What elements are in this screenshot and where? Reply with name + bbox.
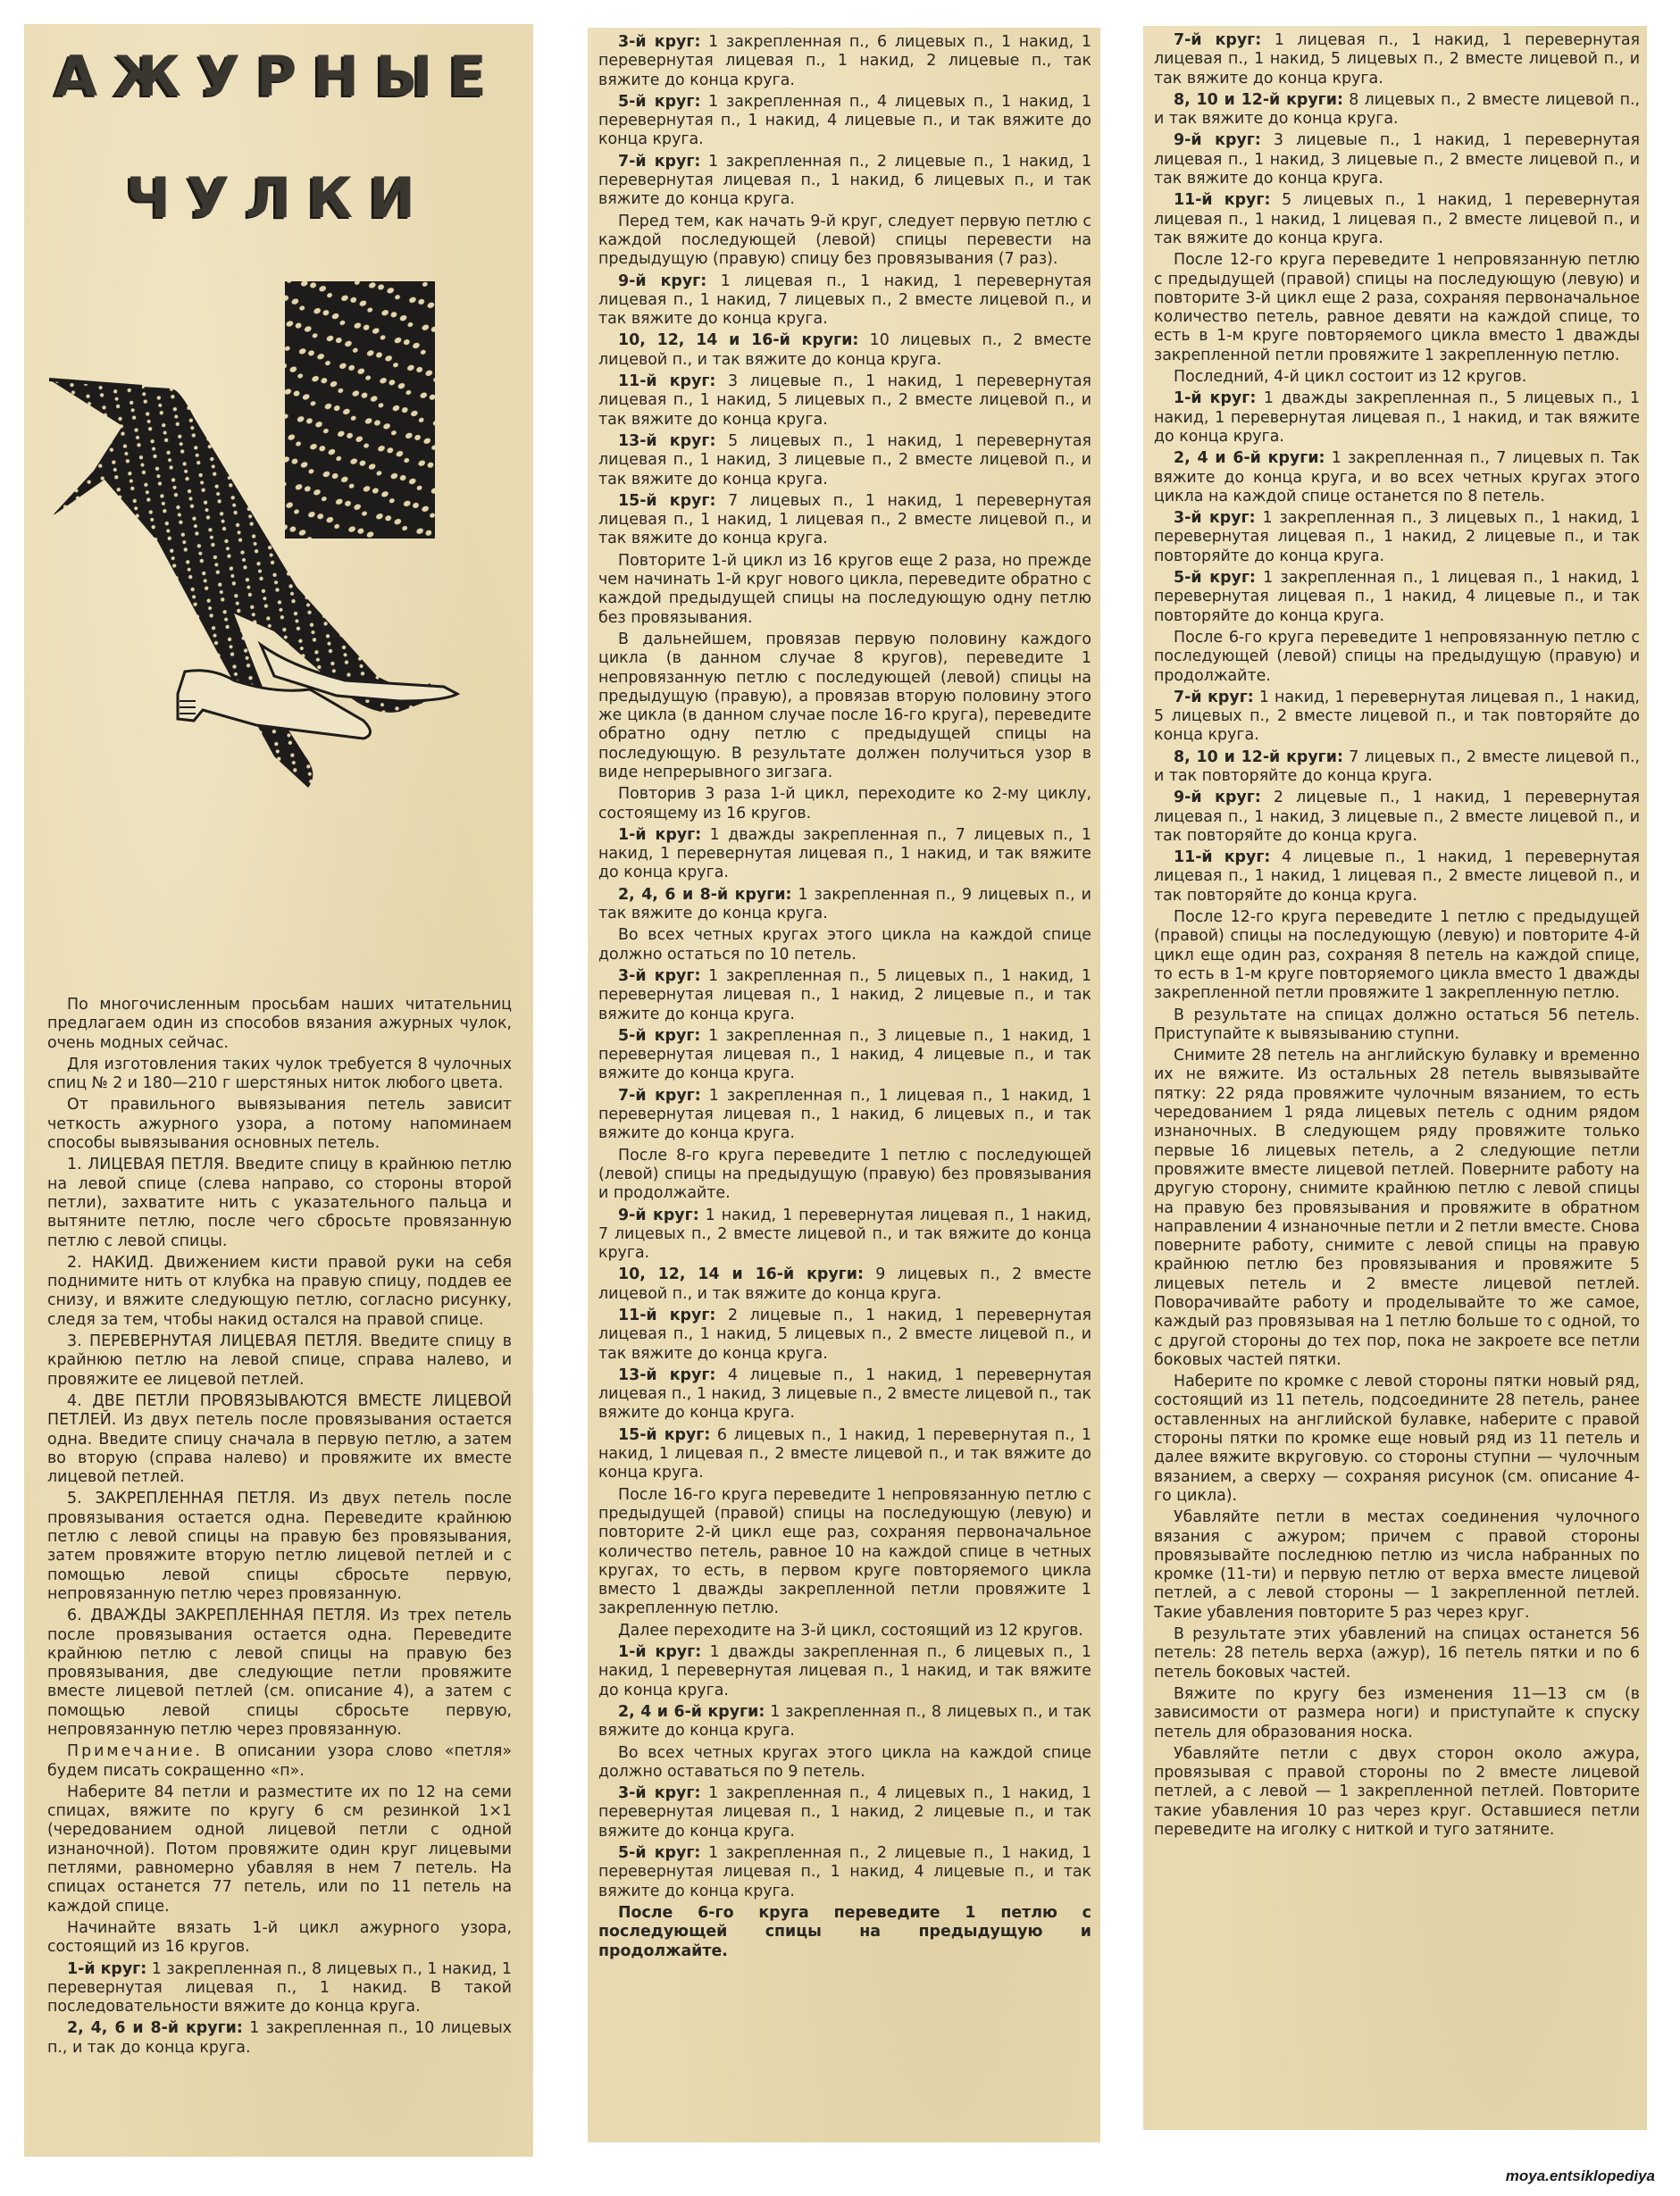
paragraph: В результате на спицах должно остаться 5…	[1154, 1006, 1640, 1045]
paragraph: 5. ЗАКРЕПЛЕННАЯ ПЕТЛЯ. Из двух петель по…	[47, 1490, 512, 1604]
paragraph: 4. ДВЕ ПЕТЛИ ПРОВЯЗЫВАЮТСЯ ВМЕСТЕ ЛИЦЕВО…	[47, 1392, 512, 1487]
paragraph-label: 5-й круг:	[618, 1027, 700, 1045]
paragraph-label: 9-й круг:	[618, 1207, 699, 1224]
paragraph-text: После 6-го круга переведите 1 петлю с по…	[598, 1904, 1091, 1960]
paragraph-text: 3. ПЕРЕВЕРНУТАЯ ЛИЦЕВАЯ ПЕТЛЯ. Введите с…	[47, 1332, 512, 1389]
paragraph-label: 5-й круг:	[1174, 569, 1256, 587]
article-column-3: 7-й круг: 1 лицевая п., 1 накид, 1 перев…	[1143, 26, 1647, 2130]
lace-swatch	[285, 281, 435, 539]
paragraph: Убавляйте петли с двух сторон около ажур…	[1154, 1745, 1640, 1840]
paragraph: 5-й круг: 1 закрепленная п., 3 лицевые п…	[598, 1027, 1091, 1084]
paragraph: 2. НАКИД. Движением кисти правой руки на…	[47, 1254, 512, 1330]
paragraph: 13-й круг: 5 лицевых п., 1 накид, 1 пере…	[598, 432, 1091, 489]
paragraph-text: В результате этих убавлений на спицах ос…	[1154, 1625, 1640, 1682]
paragraph: 10, 12, 14 и 16-й круги: 9 лицевых п., 2…	[598, 1265, 1091, 1304]
paragraph-text: Убавляйте петли с двух сторон около ажур…	[1154, 1745, 1640, 1839]
paragraph-label: 1-й круг:	[618, 826, 701, 844]
paragraph: По многочисленным просьбам наших читател…	[47, 996, 512, 1053]
paragraph-text: От правильного вывязывания петель зависи…	[47, 1096, 512, 1152]
paragraph: 7-й круг: 1 закрепленная п., 2 лицевые п…	[598, 153, 1091, 210]
paragraph: 11-й круг: 2 лицевые п., 1 накид, 1 пере…	[598, 1307, 1091, 1364]
paragraph: Повторите 1-й цикл из 16 кругов еще 2 ра…	[598, 552, 1091, 628]
paragraph: 3. ПЕРЕВЕРНУТАЯ ЛИЦЕВАЯ ПЕТЛЯ. Введите с…	[47, 1332, 512, 1390]
paragraph: После 16-го круга переведите 1 непровяза…	[598, 1486, 1091, 1619]
paragraph: 9-й круг: 1 накид, 1 перевернутая лицева…	[598, 1207, 1091, 1264]
paragraph: 7-й круг: 1 закрепленная п., 1 лицевая п…	[598, 1087, 1091, 1144]
paragraph-label: 13-й круг:	[618, 1366, 715, 1384]
paragraph: В дальнейшем, провязав первую половину к…	[598, 630, 1091, 782]
paragraph-label: 8, 10 и 12-й круги:	[1174, 748, 1343, 766]
paragraph-label: 13-й круг:	[618, 432, 715, 450]
paragraph: Далее переходите на 3-й цикл, состоящий …	[598, 1622, 1091, 1641]
column-1-text: По многочисленным просьбам наших читател…	[47, 996, 512, 2060]
paragraph: От правильного вывязывания петель зависи…	[47, 1096, 512, 1153]
paragraph: 2, 4, 6 и 8-й круги: 1 закрепленная п., …	[47, 2019, 512, 2058]
paragraph-label: 5-й круг:	[618, 1844, 700, 1862]
paragraph: 11-й круг: 3 лицевые п., 1 накид, 1 пере…	[598, 372, 1091, 430]
paragraph: 9-й круг: 1 лицевая п., 1 накид, 1 перев…	[598, 272, 1091, 330]
paragraph: Во всех четных кругах этого цикла на каж…	[598, 926, 1091, 964]
paragraph-label: 11-й круг:	[618, 372, 715, 390]
paragraph-text: Далее переходите на 3-й цикл, состоящий …	[618, 1622, 1083, 1640]
paragraph-label: 2, 4, 6 и 8-й круги:	[67, 2019, 243, 2037]
paragraph: 2, 4 и 6-й круги: 1 закрепленная п., 8 л…	[598, 1703, 1091, 1741]
paragraph: 2, 4 и 6-й круги: 1 закрепленная п., 7 л…	[1154, 449, 1640, 506]
paragraph-label: 1-й круг:	[1174, 389, 1256, 407]
paragraph: После 12-го круга переведите 1 петлю с п…	[1154, 908, 1640, 1003]
paragraph-label: 3-й круг:	[618, 967, 700, 985]
paragraph-label: 2, 4 и 6-й круги:	[1174, 449, 1325, 467]
paragraph-text: В результате на спицах должно остаться 5…	[1154, 1006, 1640, 1043]
paragraph-text: После 12-го круга переведите 1 петлю с п…	[1154, 908, 1640, 1002]
paragraph: 9-й круг: 3 лицевые п., 1 накид, 1 перев…	[1154, 131, 1640, 188]
paragraph-text: 5. ЗАКРЕПЛЕННАЯ ПЕТЛЯ. Из двух петель по…	[47, 1490, 512, 1602]
paragraph: 1-й круг: 1 дважды закрепленная п., 6 ли…	[598, 1643, 1091, 1700]
paragraph-text: После 8-го круга переведите 1 петлю с по…	[598, 1147, 1091, 1203]
paragraph: 6. ДВАЖДЫ ЗАКРЕПЛЕННАЯ ПЕТЛЯ. Из трех пе…	[47, 1607, 512, 1740]
paragraph: 8, 10 и 12-й круги: 8 лицевых п., 2 вмес…	[1154, 91, 1640, 129]
column-2-text: 3-й круг: 1 закрепленная п., 6 лицевых п…	[598, 33, 1091, 1964]
paragraph-label: 3-й круг:	[618, 33, 700, 51]
paragraph-label: 7-й круг:	[1174, 689, 1254, 706]
paragraph-label: 11-й круг:	[1174, 191, 1270, 209]
paragraph-label: 3-й круг:	[618, 1784, 700, 1802]
paragraph-label: 7-й круг:	[618, 153, 700, 171]
paragraph-text: После 12-го круга переведите 1 непровяза…	[1154, 251, 1640, 363]
paragraph: 8, 10 и 12-й круги: 7 лицевых п., 2 вмес…	[1154, 748, 1640, 787]
paragraph: 3-й круг: 1 закрепленная п., 5 лицевых п…	[598, 967, 1091, 1024]
paragraph-label: 11-й круг:	[1174, 848, 1270, 866]
paragraph: Наберите 84 петли и разместите их по 12 …	[47, 1783, 512, 1916]
paragraph-label: Примечание.	[67, 1742, 203, 1760]
paragraph: После 6-го круга переведите 1 петлю с по…	[598, 1904, 1091, 1961]
paragraph-text: Убавляйте петли в местах соединения чуло…	[1154, 1508, 1640, 1621]
paragraph: После 12-го круга переведите 1 непровяза…	[1154, 251, 1640, 365]
paragraph-label: 2, 4, 6 и 8-й круги:	[618, 886, 792, 904]
paragraph-text: Начинайте вязать 1-й цикл ажурного узора…	[47, 1919, 512, 1956]
paragraph-label: 9-й круг:	[1174, 789, 1261, 806]
paragraph: Примечание. В описании узора слово «петл…	[47, 1742, 512, 1781]
paragraph: Повторив 3 раза 1-й цикл, переходите ко …	[598, 785, 1091, 823]
paragraph: Снимите 28 петель на английскую булавку …	[1154, 1047, 1640, 1370]
paragraph-label: 7-й круг:	[1174, 31, 1261, 49]
paragraph-label: 1-й круг:	[618, 1643, 701, 1661]
paragraph: Перед тем, как начать 9-й круг, следует …	[598, 213, 1091, 270]
article-column-2: 3-й круг: 1 закрепленная п., 6 лицевых п…	[588, 28, 1100, 2142]
paragraph: Во всех четных кругах этого цикла на каж…	[598, 1744, 1091, 1783]
paragraph-label: 7-й круг:	[618, 1087, 701, 1105]
paragraph-label: 2, 4 и 6-й круги:	[618, 1703, 765, 1721]
paragraph-text: Наберите 84 петли и разместите их по 12 …	[47, 1783, 512, 1916]
paragraph: 7-й круг: 1 лицевая п., 1 накид, 1 перев…	[1154, 31, 1640, 88]
paragraph: 1. ЛИЦЕВАЯ ПЕТЛЯ. Введите спицу в крайню…	[47, 1156, 512, 1250]
paragraph-label: 15-й круг:	[618, 492, 715, 510]
paragraph: 9-й круг: 2 лицевые п., 1 накид, 1 перев…	[1154, 789, 1640, 846]
paragraph: 15-й круг: 6 лицевых п., 1 накид, 1 пере…	[598, 1426, 1091, 1483]
paragraph-text: Во всех четных кругах этого цикла на каж…	[598, 926, 1091, 963]
paragraph-text: 1. ЛИЦЕВАЯ ПЕТЛЯ. Введите спицу в крайню…	[47, 1156, 512, 1249]
paragraph-text: В дальнейшем, провязав первую половину к…	[598, 630, 1091, 781]
paragraph: После 6-го круга переведите 1 непровязан…	[1154, 629, 1640, 686]
paragraph-label: 3-й круг:	[1174, 509, 1256, 527]
paragraph: Наберите по кромке с левой стороны пятки…	[1154, 1373, 1640, 1506]
headline-line-1: АЖУРНЫЕ	[24, 44, 533, 109]
paragraph: 5-й круг: 1 закрепленная п., 4 лицевых п…	[598, 93, 1091, 150]
paragraph: 1-й круг: 1 дважды закрепленная п., 7 ли…	[598, 826, 1091, 883]
paragraph-label: 9-й круг:	[618, 272, 706, 290]
paragraph-text: Снимите 28 петель на английскую булавку …	[1154, 1047, 1640, 1369]
paragraph: 11-й круг: 5 лицевых п., 1 накид, 1 пере…	[1154, 191, 1640, 248]
column-3-text: 7-й круг: 1 лицевая п., 1 накид, 1 перев…	[1154, 31, 1640, 1842]
paragraph: 3-й круг: 1 закрепленная п., 6 лицевых п…	[598, 33, 1091, 90]
paragraph: 3-й круг: 1 закрепленная п., 3 лицевых п…	[1154, 509, 1640, 566]
paragraph-text: Повторив 3 раза 1-й цикл, переходите ко …	[598, 785, 1091, 822]
paragraph: 7-й круг: 1 накид, 1 перевернутая лицева…	[1154, 689, 1640, 746]
paragraph: 11-й круг: 4 лицевые п., 1 накид, 1 пере…	[1154, 848, 1640, 906]
paragraph: Убавляйте петли в местах соединения чуло…	[1154, 1508, 1640, 1623]
paragraph-text: 2. НАКИД. Движением кисти правой руки на…	[47, 1254, 512, 1329]
paragraph-text: По многочисленным просьбам наших читател…	[47, 996, 512, 1052]
paragraph-label: 11-й круг:	[618, 1307, 715, 1324]
paragraph: Начинайте вязать 1-й цикл ажурного узора…	[47, 1919, 512, 1958]
paragraph-label: 15-й круг:	[618, 1426, 710, 1444]
paragraph: Для изготовления таких чулок требуется 8…	[47, 1056, 512, 1094]
paragraph-text: После 16-го круга переведите 1 непровяза…	[598, 1486, 1091, 1618]
paragraph-label: 10, 12, 14 и 16-й круги:	[618, 331, 858, 349]
paragraph: 3-й круг: 1 закрепленная п., 4 лицевых п…	[598, 1784, 1091, 1841]
article-column-1: АЖУРНЫЕ ЧУЛКИ По	[24, 24, 533, 2157]
paragraph-text: 4. ДВЕ ПЕТЛИ ПРОВЯЗЫВАЮТСЯ ВМЕСТЕ ЛИЦЕВО…	[47, 1392, 512, 1486]
paragraph: После 8-го круга переведите 1 петлю с по…	[598, 1147, 1091, 1204]
paragraph: 10, 12, 14 и 16-й круги: 10 лицевых п., …	[598, 331, 1091, 370]
paragraph-text: Наберите по кромке с левой стороны пятки…	[1154, 1373, 1640, 1505]
paragraph: Вяжите по кругу без изменения 11—13 см (…	[1154, 1685, 1640, 1742]
paragraph-label: 10, 12, 14 и 16-й круги:	[618, 1265, 864, 1283]
paragraph-text: Во всех четных кругах этого цикла на каж…	[598, 1744, 1091, 1781]
paragraph: 15-й круг: 7 лицевых п., 1 накид, 1 пере…	[598, 492, 1091, 549]
paragraph-label: 1-й круг:	[67, 1960, 146, 1978]
paragraph-text: Повторите 1-й цикл из 16 кругов еще 2 ра…	[598, 552, 1091, 627]
paragraph: В результате этих убавлений на спицах ос…	[1154, 1625, 1640, 1682]
paragraph: 1-й круг: 1 дважды закрепленная п., 5 ли…	[1154, 389, 1640, 447]
paragraph: 5-й круг: 1 закрепленная п., 2 лицевые п…	[598, 1844, 1091, 1901]
paragraph-text: Для изготовления таких чулок требуется 8…	[47, 1056, 512, 1092]
paragraph: 2, 4, 6 и 8-й круги: 1 закрепленная п., …	[598, 886, 1091, 924]
paragraph-label: 5-й круг:	[618, 93, 700, 111]
paragraph: 5-й круг: 1 закрепленная п., 1 лицевая п…	[1154, 569, 1640, 626]
paragraph-text: После 6-го круга переведите 1 непровязан…	[1154, 629, 1640, 685]
stockings-illustration	[24, 274, 533, 971]
paragraph-text: Перед тем, как начать 9-й круг, следует …	[598, 213, 1091, 269]
paragraph-text: 6. ДВАЖДЫ ЗАКРЕПЛЕННАЯ ПЕТЛЯ. Из трех пе…	[47, 1607, 512, 1739]
paragraph-text: Последний, 4-й цикл состоит из 12 кругов…	[1174, 368, 1526, 386]
paragraph: 13-й круг: 4 лицевые п., 1 накид, 1 пере…	[598, 1366, 1091, 1424]
paragraph-label: 9-й круг:	[1174, 131, 1261, 149]
paragraph-text: Вяжите по кругу без изменения 11—13 см (…	[1154, 1685, 1640, 1741]
paragraph: Последний, 4-й цикл состоит из 12 кругов…	[1154, 368, 1640, 387]
paragraph-label: 8, 10 и 12-й круги:	[1174, 91, 1343, 109]
source-watermark: moya.entsiklopediya	[1506, 2167, 1655, 2185]
paragraph: 1-й круг: 1 закрепленная п., 8 лицевых п…	[47, 1960, 512, 2017]
headline-line-2: ЧУЛКИ	[24, 165, 533, 230]
